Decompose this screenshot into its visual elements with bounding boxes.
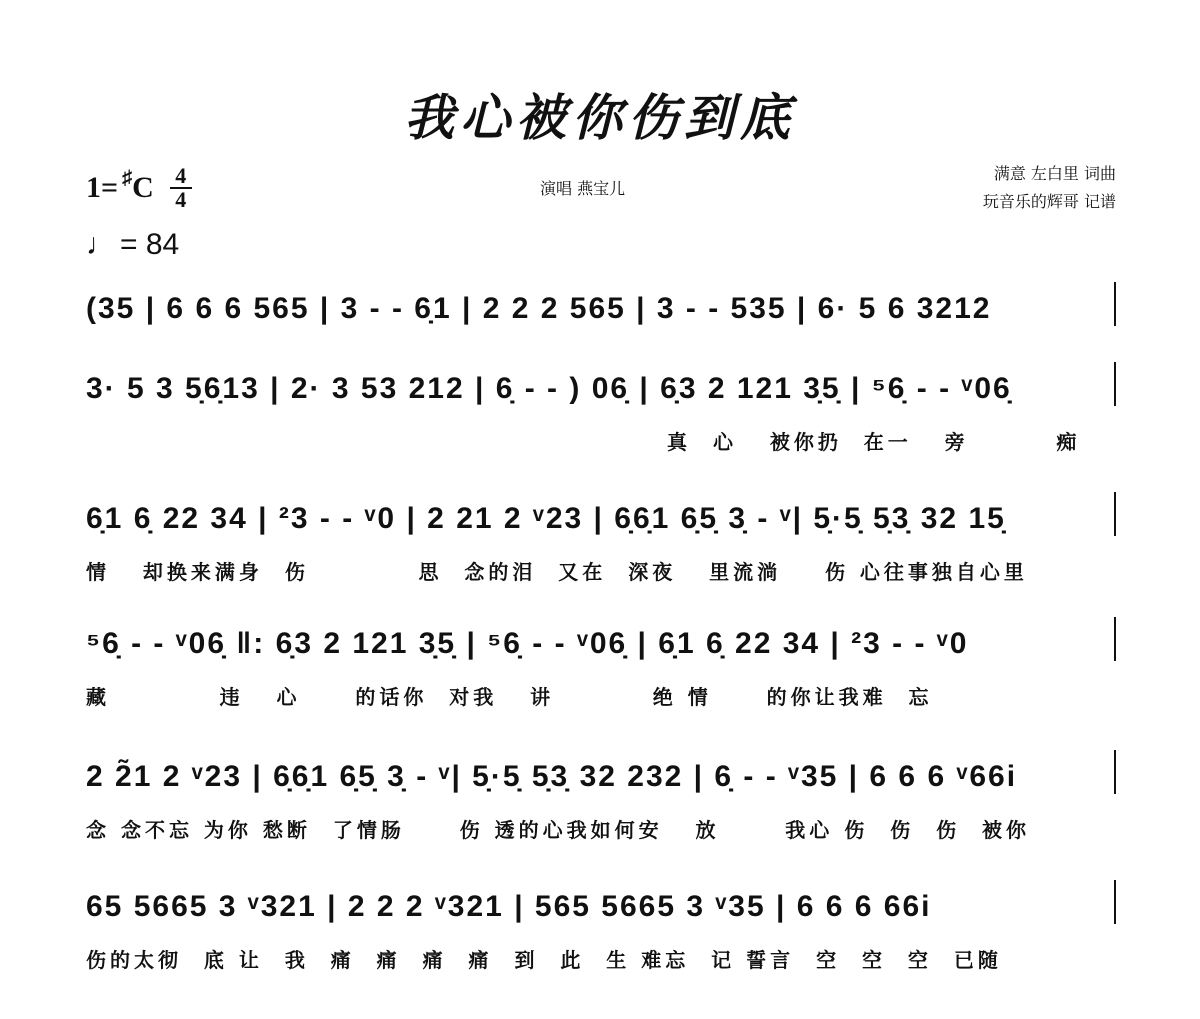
tempo-value: = 84 [120,228,179,262]
barline [1114,880,1116,924]
score-row-4: ⁵6̣ - - ᵛ06̣ ‖: 6̣3 2 121 3̣5̣ | ⁵6̣ - -… [86,617,1116,727]
key-signature: 1= ♯ C 4 4 [86,166,192,210]
time-sig-bottom: 4 [175,190,186,210]
sharp-icon: ♯ [122,167,132,190]
time-signature: 4 4 [170,166,192,210]
barline [1114,362,1116,406]
time-sig-top: 4 [175,166,186,186]
notation-line: 6̣1 6̣ 22 34 | ²3 - - ᵛ0 | 2 21 2 ᵛ23 | … [86,492,1006,536]
tempo-marking: ♩ = 84 [86,228,179,262]
quarter-note-icon: ♩ [86,228,116,262]
score-row-5: 2 2̃1 2 ᵛ23 | 6̣6̣1 6̣5̣ 3̣ - ᵛ| 5̣·5̣ 5… [86,750,1116,860]
notation-line: 3· 5 3 5̣6̣13 | 2· 3 53 212 | 6̣ - - ) 0… [86,362,1012,406]
barline [1114,492,1116,536]
lyrics-line: 藏 违 心 的话你 对我 讲 绝 情 的你让我难 忘 [86,681,933,710]
lyrics-line: 伤的太彻 底 让 我 痛 痛 痛 痛 到 此 生 难忘 记 誓言 空 空 空 已… [86,944,1002,973]
singer-credit: 演唱 燕宝儿 [540,176,625,199]
score-row-6: 65 5665 3 ᵛ321 | 2 2 2 ᵛ321 | 565 5665 3… [86,880,1116,990]
barline [1114,617,1116,661]
score-row-2: 3· 5 3 5̣6̣13 | 2· 3 53 212 | 6̣ - - ) 0… [86,362,1116,472]
barline [1114,750,1116,794]
lyrics-line: 情 却换来满身 伤 思 念的泪 又在 深夜 里流淌 伤 心往事独自心里 [86,556,1028,585]
lyrics-line: 念 念不忘 为你 愁断 了情肠 伤 透的心我如何安 放 我心 伤 伤 伤 被你 [86,814,1030,843]
composer-credits: 满意 左白里 词曲 玩音乐的辉哥 记谱 [983,160,1116,216]
transcriber: 玩音乐的辉哥 记谱 [983,188,1116,216]
key-label: 1= [86,171,118,205]
notation-line: ⁵6̣ - - ᵛ06̣ ‖: 6̣3 2 121 3̣5̣ | ⁵6̣ - -… [86,617,968,661]
notation-line: 65 5665 3 ᵛ321 | 2 2 2 ᵛ321 | 565 5665 3… [86,880,932,924]
notation-line: 2 2̃1 2 ᵛ23 | 6̣6̣1 6̣5̣ 3̣ - ᵛ| 5̣·5̣ 5… [86,750,1017,794]
score-row-3: 6̣1 6̣ 22 34 | ²3 - - ᵛ0 | 2 21 2 ᵛ23 | … [86,492,1116,602]
song-title: 我心被你伤到底 [0,78,1200,150]
lyrics-line: 真 心 被你扔 在一 旁 痴 [86,426,1080,455]
notation-line: (35 | 6 6 6 565 | 3 - - 6̣1 | 2 2 2 565 … [86,282,991,326]
lyricist-composer: 满意 左白里 词曲 [983,160,1116,188]
key-note: C [132,171,154,205]
barline [1114,282,1116,326]
